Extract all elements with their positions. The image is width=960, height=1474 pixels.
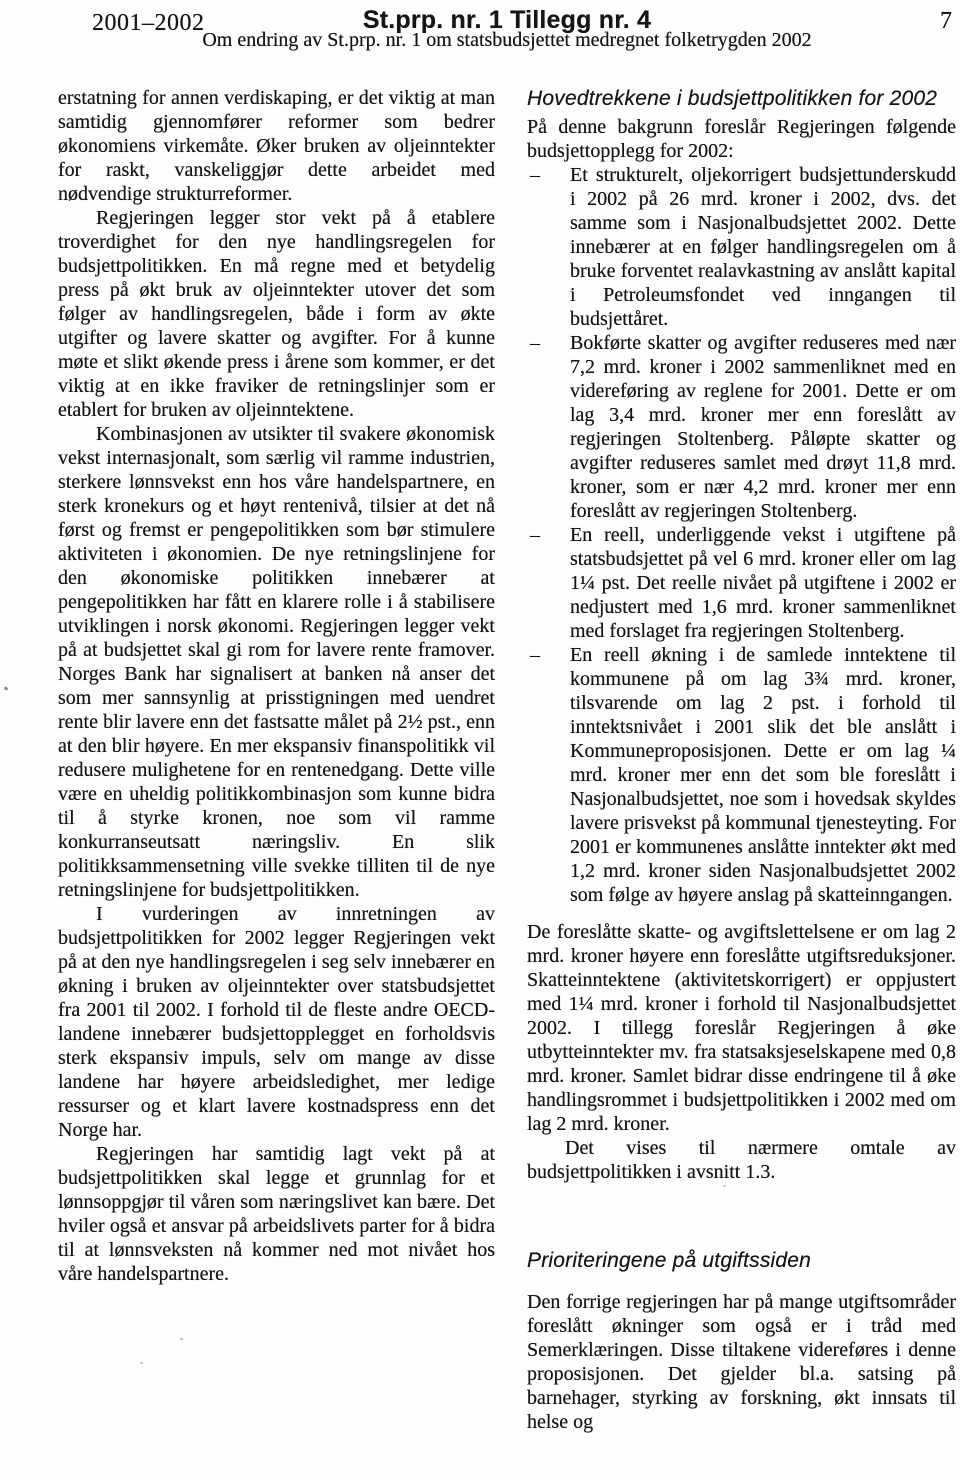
two-column-body: erstatning for annen verdiskaping, er de… [58,86,956,1434]
priorities-paragraph: Den forrige regjeringen har på mange utg… [527,1290,956,1434]
bullet-text: En reell økning i de samlede inntektene … [570,643,956,907]
intro-paragraph: På denne bakgrunn foreslår Regjeringen f… [527,115,956,163]
bullet-item: – En reell økning i de samlede inntekten… [527,643,956,907]
body-paragraph: Regjeringen har samtidig lagt vekt på at… [58,1142,495,1286]
section-heading-priorities: Prioriteringene på utgiftssiden [527,1248,956,1274]
document-subtitle: Om endring av St.prp. nr. 1 om statsbuds… [58,27,956,53]
left-column: erstatning for annen verdiskaping, er de… [58,86,495,1434]
scan-speck [723,1185,726,1187]
bullet-item: – Bokførte skatter og avgifter reduseres… [527,331,956,523]
bullet-dash: – [530,523,540,547]
summary-paragraph: De foreslåtte skatte- og avgiftslettelse… [527,920,956,1136]
right-column: Hovedtrekkene i budsjettpolitikken for 2… [527,86,956,1434]
scan-speck [140,1362,143,1364]
bullet-item: – En reell, underliggende vekst i utgift… [527,523,956,643]
bullet-item: – Et strukturelt, oljekorrigert budsjett… [527,163,956,331]
bullet-dash: – [530,331,540,355]
body-paragraph: Regjeringen legger stor vekt på å etable… [58,206,495,422]
bullet-list: – Et strukturelt, oljekorrigert budsjett… [527,163,956,907]
bullet-text: Bokførte skatter og avgifter reduseres m… [570,331,956,523]
document-page: 2001–2002 St.prp. nr. 1 Tillegg nr. 4 7 … [0,0,960,1474]
body-paragraph: erstatning for annen verdiskaping, er de… [58,86,495,206]
body-paragraph: Kombinasjonen av utsikter til svakere øk… [58,422,495,902]
reference-paragraph: Det vises til nærmere omtale av budsjett… [527,1136,956,1184]
scan-speck [180,1338,183,1340]
bullet-text: Et strukturelt, oljekorrigert budsjettun… [570,163,956,331]
section-heading-budget: Hovedtrekkene i budsjettpolitikken for 2… [527,86,956,112]
bullet-dash: – [530,643,540,667]
body-paragraph: I vurderingen av innretningen av budsjet… [58,902,495,1142]
scan-speck [4,686,9,691]
bullet-dash: – [530,163,540,187]
bullet-text: En reell, underliggende vekst i utgiften… [570,523,956,643]
